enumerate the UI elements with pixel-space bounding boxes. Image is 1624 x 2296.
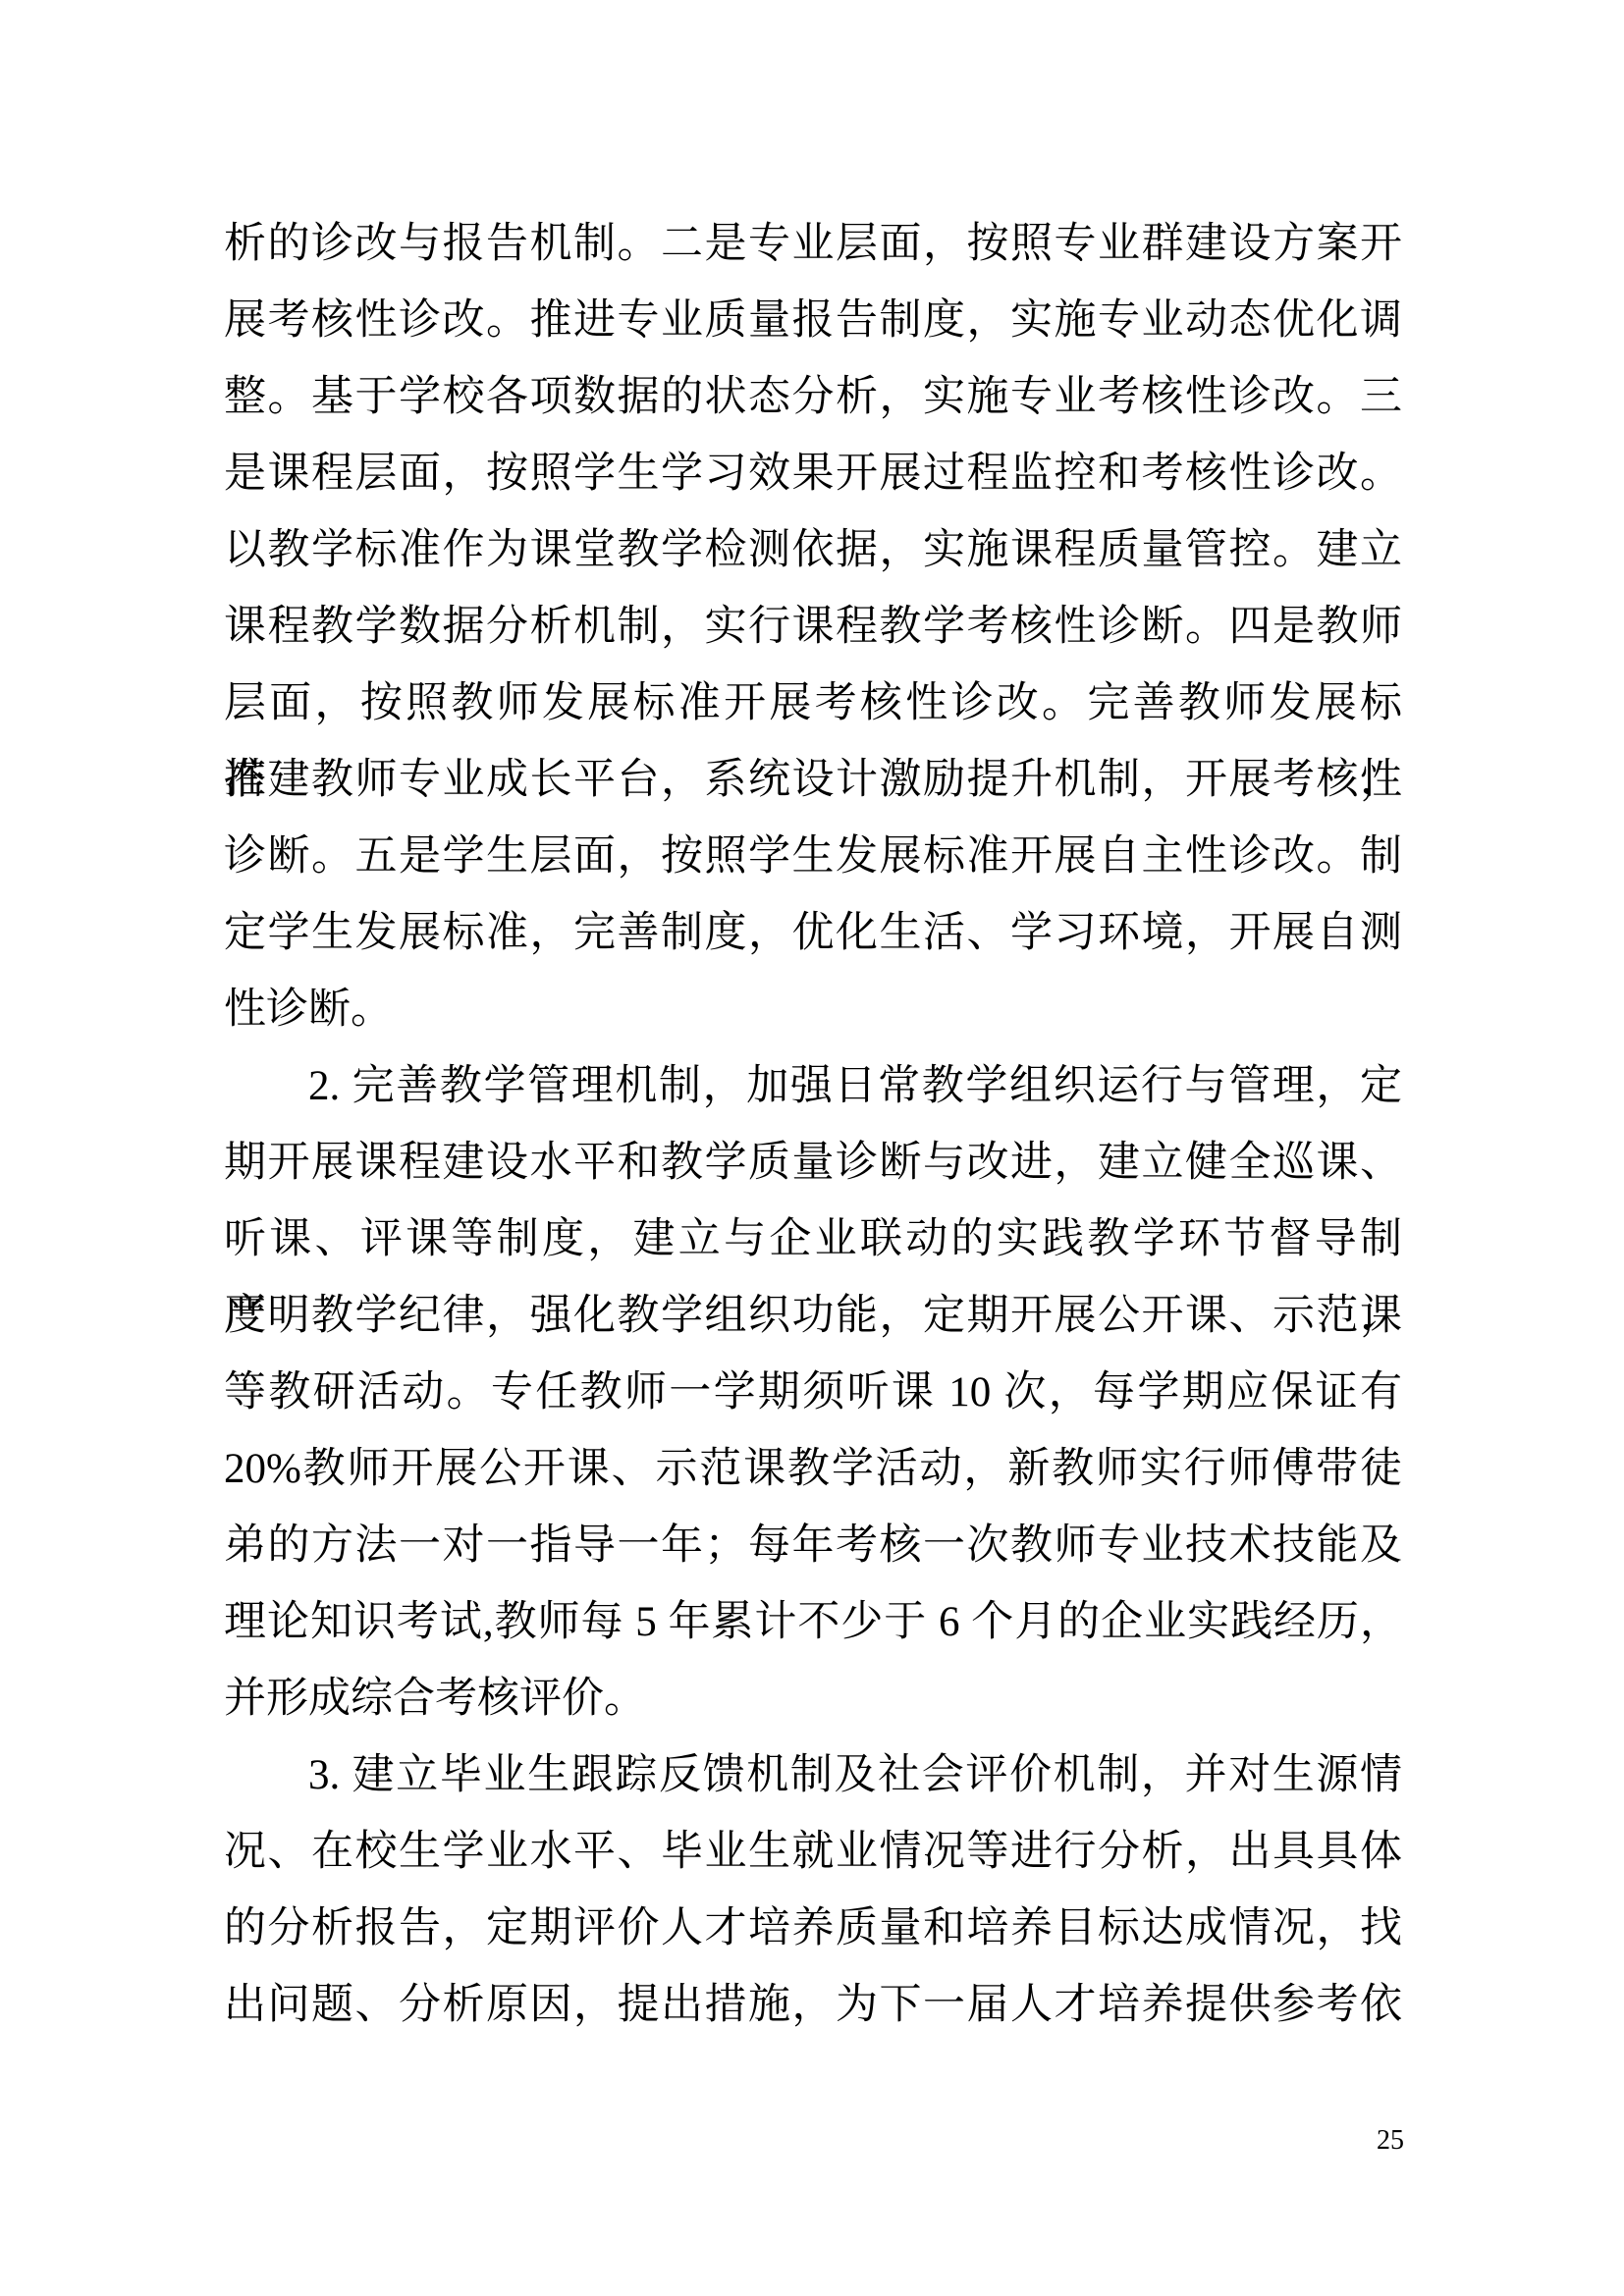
text-line: 定学生发展标准，完善制度，优化生活、学习环境，开展自测 bbox=[224, 895, 1402, 972]
text-line: 以教学标准作为课堂教学检测依据，实施课程质量管控。建立 bbox=[224, 512, 1402, 589]
text-line: 展考核性诊改。推进专业质量报告制度，实施专业动态优化调 bbox=[224, 283, 1402, 359]
text-block: 析的诊改与报告机制。二是专业层面，按照专业群建设方案开展考核性诊改。推进专业质量… bbox=[224, 206, 1402, 2044]
text-line: 出问题、分析原因，提出措施，为下一届人才培养提供参考依 bbox=[224, 1967, 1402, 2044]
text-line: 况、在校生学业水平、毕业生就业情况等进行分析，出具具体 bbox=[224, 1814, 1402, 1891]
text-line: 析的诊改与报告机制。二是专业层面，按照专业群建设方案开 bbox=[224, 206, 1402, 283]
text-line: 听课、评课等制度，建立与企业联动的实践教学环节督导制度， bbox=[224, 1201, 1402, 1278]
document-page: 析的诊改与报告机制。二是专业层面，按照专业群建设方案开展考核性诊改。推进专业质量… bbox=[0, 0, 1624, 2296]
text-line: 是课程层面，按照学生学习效果开展过程监控和考核性诊改。 bbox=[224, 436, 1402, 512]
text-line: 并形成综合考核评价。 bbox=[224, 1661, 1402, 1737]
text-line: 等教研活动。专任教师一学期须听课 10 次，每学期应保证有 bbox=[224, 1355, 1402, 1431]
text-line: 性诊断。 bbox=[224, 972, 1402, 1048]
text-line: 期开展课程建设水平和教学质量诊断与改进，建立健全巡课、 bbox=[224, 1125, 1402, 1201]
text-line: 搭建教师专业成长平台，系统设计激励提升机制，开展考核性 bbox=[224, 742, 1402, 819]
text-line: 3. 建立毕业生跟踪反馈机制及社会评价机制，并对生源情 bbox=[224, 1737, 1402, 1814]
text-line: 课程教学数据分析机制，实行课程教学考核性诊断。四是教师 bbox=[224, 589, 1402, 666]
text-line: 弟的方法一对一指导一年；每年考核一次教师专业技术技能及 bbox=[224, 1508, 1402, 1584]
text-line: 严明教学纪律，强化教学组织功能，定期开展公开课、示范课 bbox=[224, 1278, 1402, 1355]
page-number: 25 bbox=[1377, 2124, 1404, 2158]
text-line: 层面，按照教师发展标准开展考核性诊改。完善教师发展标准， bbox=[224, 666, 1402, 742]
text-line: 20%教师开展公开课、示范课教学活动，新教师实行师傅带徒 bbox=[224, 1431, 1402, 1508]
text-line: 的分析报告，定期评价人才培养质量和培养目标达成情况，找 bbox=[224, 1891, 1402, 1967]
text-line: 整。基于学校各项数据的状态分析，实施专业考核性诊改。三 bbox=[224, 359, 1402, 436]
text-line: 理论知识考试,教师每 5 年累计不少于 6 个月的企业实践经历， bbox=[224, 1584, 1402, 1661]
text-line: 诊断。五是学生层面，按照学生发展标准开展自主性诊改。制 bbox=[224, 819, 1402, 895]
text-line: 2. 完善教学管理机制，加强日常教学组织运行与管理，定 bbox=[224, 1048, 1402, 1125]
